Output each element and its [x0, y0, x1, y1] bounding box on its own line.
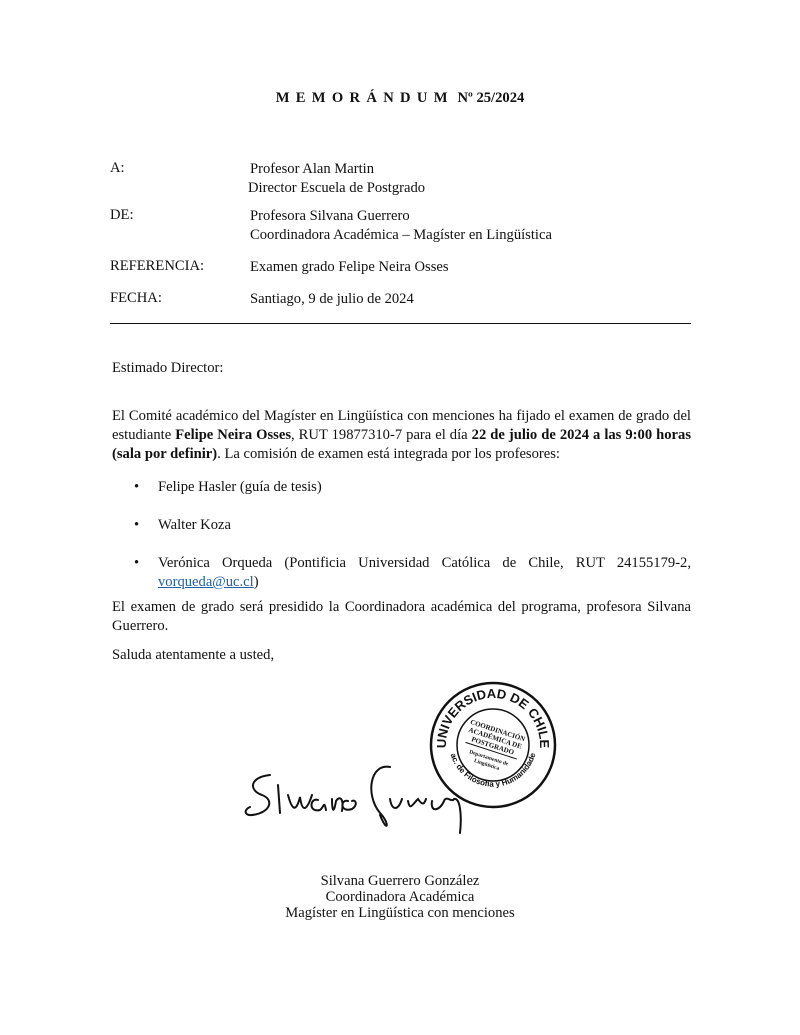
- memo-title-word: MEMORÁNDUM: [276, 90, 454, 106]
- header-divider: [110, 323, 691, 324]
- bullet-icon: •: [134, 516, 139, 535]
- closing: Saluda atentamente a usted,: [112, 646, 691, 665]
- to-label: A:: [110, 160, 125, 177]
- student-name: Felipe Neira Osses: [175, 427, 291, 443]
- to-value: Profesor Alan Martin Director Escuela de…: [250, 160, 425, 198]
- university-stamp-icon: UNIVERSIDAD DE CHILE Fac. de Filosofía y…: [428, 680, 558, 810]
- bullet-icon: •: [134, 554, 139, 573]
- committee-list: •Felipe Hasler (guía de tesis) •Walter K…: [112, 478, 691, 611]
- memo-number: Nº 25/2024: [457, 90, 524, 106]
- list-item: •Walter Koza: [112, 516, 691, 535]
- date-value: Santiago, 9 de julio de 2024: [250, 290, 414, 309]
- memo-title: MEMORÁNDUM Nº 25/2024: [0, 90, 800, 107]
- to-title: Director Escuela de Postgrado: [248, 179, 425, 198]
- p1-text-b: , RUT 19877310-7 para el día: [291, 427, 472, 443]
- bullet-icon: •: [134, 478, 139, 497]
- from-label: DE:: [110, 207, 134, 224]
- email-link[interactable]: vorqueda@uc.cl: [158, 574, 254, 590]
- committee-member: Felipe Hasler (guía de tesis): [158, 479, 322, 495]
- from-name: Profesora Silvana Guerrero: [250, 207, 552, 226]
- committee-member: Verónica Orqueda (Pontificia Universidad…: [158, 555, 691, 571]
- signature-block: Silvana Guerrero González Coordinadora A…: [0, 873, 800, 921]
- signer-name: Silvana Guerrero González: [0, 873, 800, 889]
- committee-member: Walter Koza: [158, 517, 231, 533]
- signer-role: Coordinadora Académica: [0, 889, 800, 905]
- committee-suffix: ): [254, 574, 259, 590]
- list-item: •Verónica Orqueda (Pontificia Universida…: [112, 554, 691, 592]
- list-item: •Felipe Hasler (guía de tesis): [112, 478, 691, 497]
- signer-program: Magíster en Lingüística con menciones: [0, 905, 800, 921]
- paragraph-presided: El examen de grado será presidido la Coo…: [112, 598, 691, 636]
- reference-value: Examen grado Felipe Neira Osses: [250, 258, 449, 277]
- greeting: Estimado Director:: [112, 359, 691, 378]
- paragraph-exam-details: El Comité académico del Magíster en Ling…: [112, 407, 691, 464]
- date-label: FECHA:: [110, 290, 162, 307]
- reference-label: REFERENCIA:: [110, 258, 204, 275]
- p1-text-c: . La comisión de examen está integrada p…: [217, 446, 560, 462]
- from-title: Coordinadora Académica – Magíster en Lin…: [250, 226, 552, 245]
- to-name: Profesor Alan Martin: [250, 160, 425, 179]
- from-value: Profesora Silvana Guerrero Coordinadora …: [250, 207, 552, 245]
